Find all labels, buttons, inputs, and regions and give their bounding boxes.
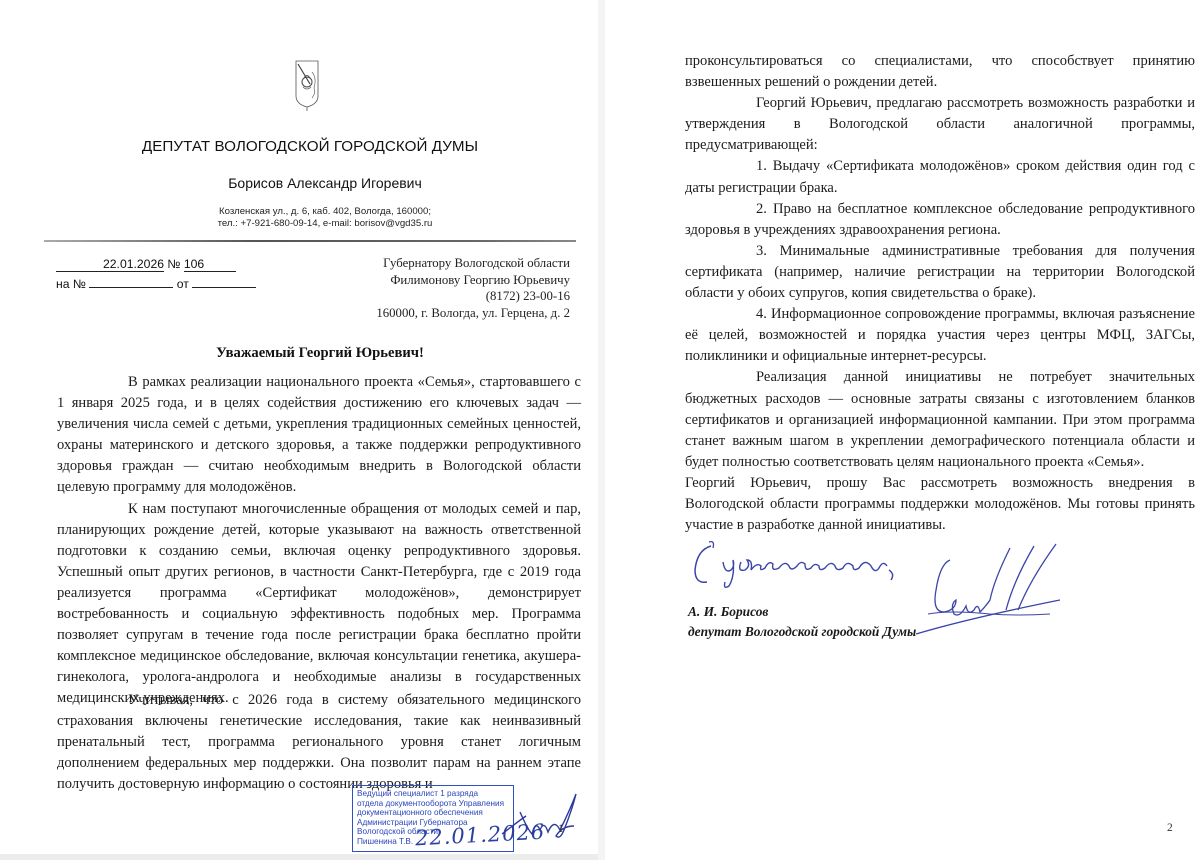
- reply-to-registration: на № от: [56, 277, 256, 291]
- reply-date-blank: [192, 287, 256, 288]
- reply-number-blank: [89, 287, 173, 288]
- list-item: 2. Право на бесплатное комплексное обсле…: [685, 199, 1195, 241]
- letterhead-address: Козленская ул., д. 6, каб. 402, Вологда,…: [0, 206, 598, 230]
- paragraph: проконсультироваться со специалистами, ч…: [685, 51, 1195, 93]
- reply-number-label: на №: [56, 277, 86, 291]
- page-number: 1: [558, 823, 564, 835]
- letter-body-page-1: В рамках реализации национального проект…: [57, 372, 581, 710]
- paragraph: Реализация данной инициативы не потребуе…: [685, 367, 1195, 472]
- letter-body-page-2: проконсультироваться со специалистами, ч…: [685, 51, 1195, 536]
- stamp-signature-icon: [500, 790, 580, 850]
- list-item: 4. Информационное сопровождение программ…: [685, 304, 1195, 367]
- list-item: 1. Выдачу «Сертификата молодожёнов» срок…: [685, 156, 1195, 198]
- registration-date: 22.01.2026: [56, 258, 164, 272]
- stamp-line: документационного обеспечения: [357, 808, 509, 818]
- addressee-phone: (8172) 23-00-16: [376, 288, 570, 305]
- page-edge: [0, 854, 598, 860]
- registration-number-label: №: [167, 257, 180, 271]
- paragraph: Учитывая, что с 2026 года в систему обяз…: [57, 690, 581, 795]
- registration-number: 106: [184, 258, 236, 272]
- addressee-position: Губернатору Вологодской области: [376, 255, 570, 272]
- addressee-block: Губернатору Вологодской области Филимоно…: [376, 255, 570, 321]
- letterhead-title: ДЕПУТАТ ВОЛОГОДСКОЙ ГОРОДСКОЙ ДУМЫ: [0, 138, 598, 155]
- stamp-line: отдела документооборота Управления: [357, 799, 509, 809]
- signer-name: А. И. Борисов: [688, 604, 768, 620]
- signature-icon: [910, 540, 1060, 640]
- coat-of-arms-icon: [295, 60, 319, 112]
- letter-page-2: проконсультироваться со специалистами, ч…: [605, 0, 1200, 860]
- addressee-name: Филимонову Георгию Юрьевичу: [376, 272, 570, 289]
- list-item: 3. Минимальные административные требован…: [685, 241, 1195, 304]
- addressee-address: 160000, г. Вологда, ул. Герцена, д. 2: [376, 305, 570, 322]
- paragraph: Георгий Юрьевич, предлагаю рассмотреть в…: [685, 93, 1195, 156]
- letterhead-contact-line: тел.: +7-921-680-09-14, e-mail: borisov@…: [0, 218, 598, 230]
- outgoing-registration: 22.01.2026 № 106: [56, 257, 236, 272]
- paragraph: К нам поступают многочисленные обращения…: [57, 499, 581, 710]
- page-number: 2: [1167, 822, 1173, 834]
- letter-page-1: ДЕПУТАТ ВОЛОГОДСКОЙ ГОРОДСКОЙ ДУМЫ Борис…: [0, 0, 598, 860]
- letter-body-page-1-continued: Учитывая, что с 2026 года в систему обяз…: [57, 690, 581, 795]
- reply-from-label: от: [177, 277, 189, 291]
- signer-title: депутат Вологодской городской Думы: [688, 624, 916, 640]
- letterhead-name: Борисов Александр Игоревич: [0, 175, 598, 191]
- salutation: Уважаемый Георгий Юрьевич!: [0, 345, 598, 362]
- letterhead-divider: [44, 240, 576, 242]
- stamp-line: Ведущий специалист 1 разряда: [357, 789, 509, 799]
- paragraph: В рамках реализации национального проект…: [57, 372, 581, 499]
- letterhead-address-line: Козленская ул., д. 6, каб. 402, Вологда,…: [0, 206, 598, 218]
